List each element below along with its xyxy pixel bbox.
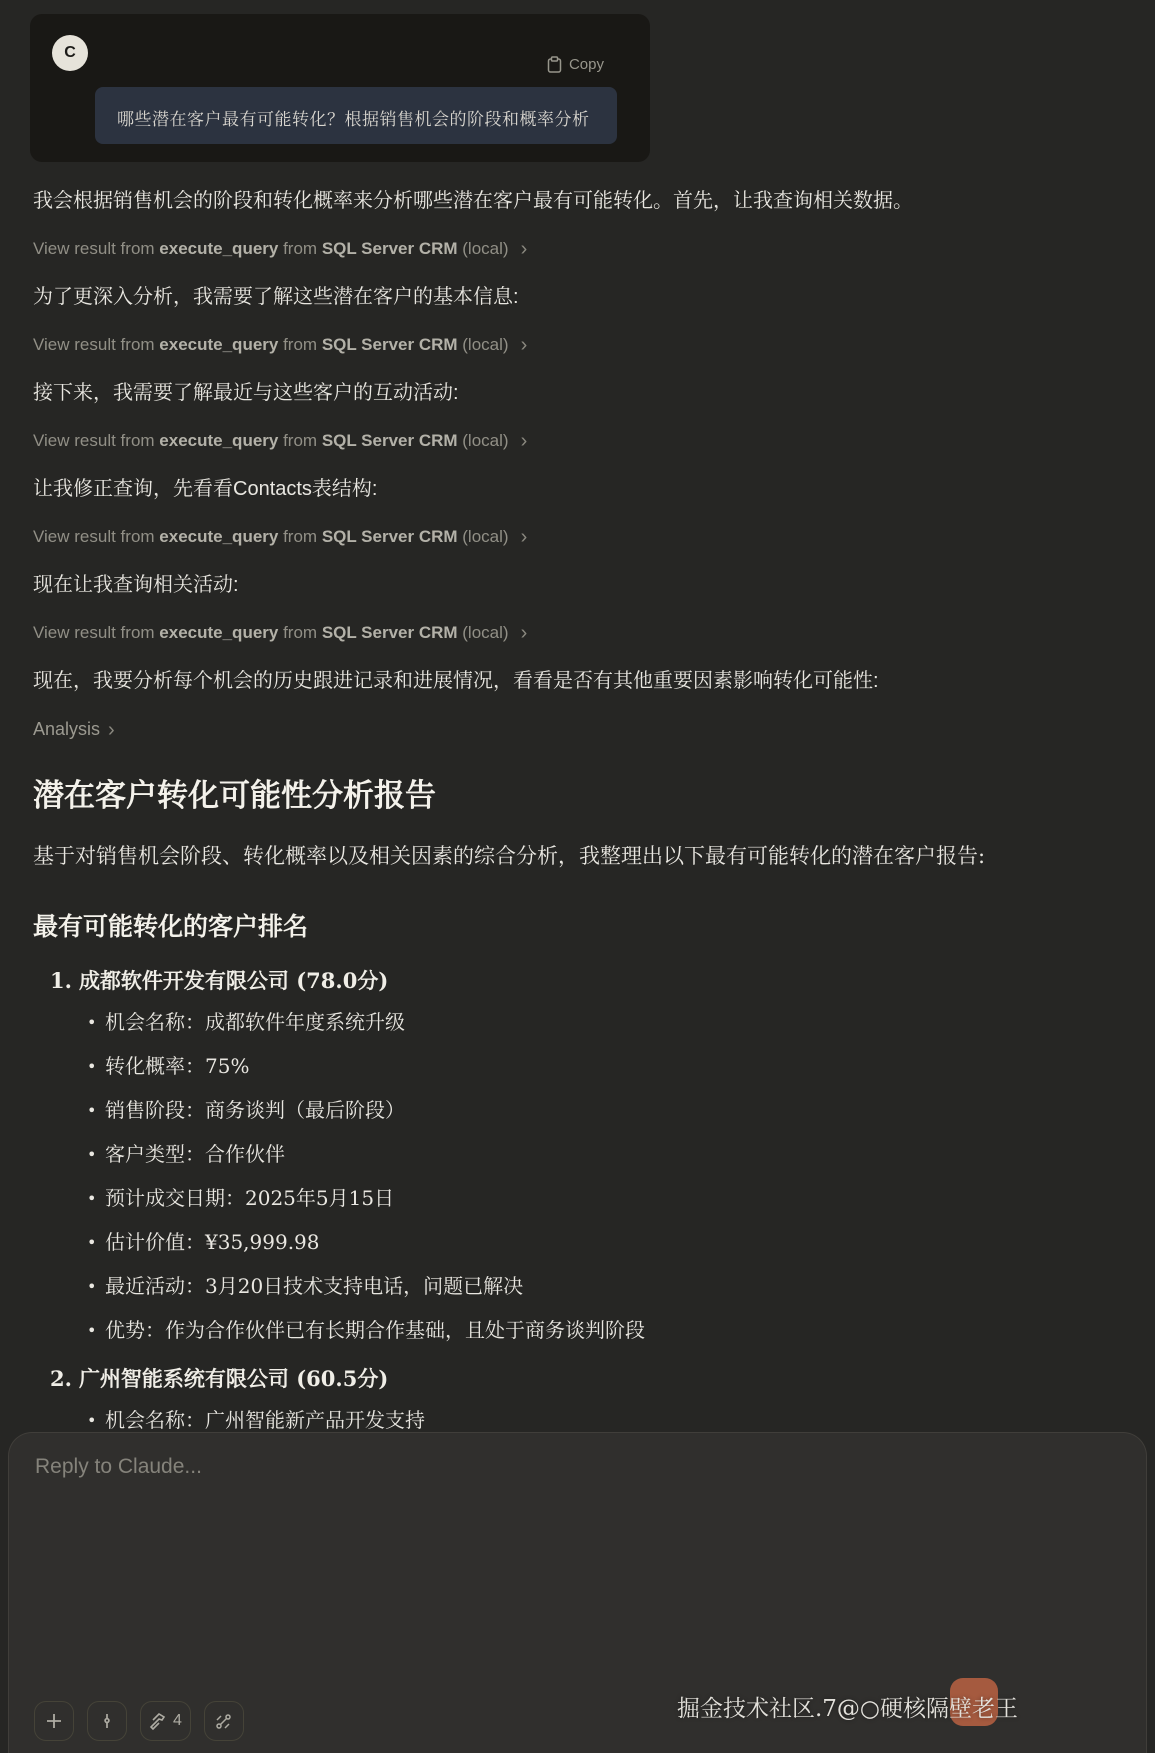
user-message-bubble: 哪些潜在客户最有可能转化？根据销售机会的阶段和概率分析 [95, 87, 617, 144]
tool-result-toggle[interactable]: View result from execute_query from SQL … [33, 431, 1125, 451]
assistant-response: 我会根据销售机会的阶段和转化概率来分析哪些潜在客户最有可能转化。首先，让我查询相… [33, 189, 1125, 1497]
sliders-icon [98, 1712, 116, 1730]
tool-result-toggle[interactable]: View result from execute_query from SQL … [33, 239, 1125, 259]
settings-button[interactable] [87, 1701, 127, 1741]
chevron-right-icon: › [521, 433, 528, 449]
customer-name: 1.成都软件开发有限公司 (78.0分) [50, 965, 1125, 995]
chevron-right-icon: › [521, 529, 528, 545]
tools-button[interactable]: 4 [140, 1701, 191, 1741]
report-intro: 基于对销售机会阶段、转化概率以及相关因素的综合分析，我整理出以下最有可能转化的潜… [33, 839, 1123, 873]
list-item: 客户类型：合作伙伴 [33, 1143, 1125, 1165]
copy-label: Copy [569, 56, 604, 73]
reply-input[interactable]: Reply to Claude... [35, 1455, 202, 1479]
chevron-right-icon: › [521, 337, 528, 353]
tool-result-toggle[interactable]: View result from execute_query from SQL … [33, 527, 1125, 547]
list-item: 机会名称：成都软件年度系统升级 [33, 1011, 1125, 1033]
list-item: 最近活动：3月20日技术支持电话，问题已解决 [33, 1275, 1125, 1297]
ranking-heading: 最有可能转化的客户排名 [33, 907, 1125, 943]
chevron-right-icon: › [108, 722, 115, 738]
chevron-right-icon: › [521, 625, 528, 641]
ranked-customer-item: 1.成都软件开发有限公司 (78.0分) 机会名称：成都软件年度系统升级 转化概… [33, 965, 1125, 1341]
list-item: 预计成交日期：2025年5月15日 [33, 1187, 1125, 1209]
assistant-paragraph: 我会根据销售机会的阶段和转化概率来分析哪些潜在客户最有可能转化。首先，让我查询相… [33, 189, 1125, 213]
list-item: 机会名称：广州智能新产品开发支持 [33, 1409, 1125, 1431]
composer-toolbar: 4 [34, 1701, 244, 1741]
tool-result-toggle[interactable]: View result from execute_query from SQL … [33, 623, 1125, 643]
list-item: 销售阶段：商务谈判（最后阶段） [33, 1099, 1125, 1121]
assistant-paragraph: 为了更深入分析，我需要了解这些潜在客户的基本信息: [33, 285, 1125, 309]
customer-detail-list: 机会名称：成都软件年度系统升级 转化概率：75% 销售阶段：商务谈判（最后阶段）… [33, 1011, 1125, 1341]
mcp-connector-button[interactable] [204, 1701, 244, 1741]
list-item: 估计价值：¥35,999.98 [33, 1231, 1125, 1253]
tools-count: 4 [173, 1712, 182, 1730]
customer-name: 2.广州智能系统有限公司 (60.5分) [50, 1363, 1125, 1393]
chat-page: C Copy 哪些潜在客户最有可能转化？根据销售机会的阶段和概率分析 我会根据销… [0, 0, 1155, 1753]
hammer-icon [149, 1712, 168, 1731]
user-avatar: C [52, 35, 88, 71]
analysis-report: 潜在客户转化可能性分析报告 基于对销售机会阶段、转化概率以及相关因素的综合分析，… [33, 770, 1125, 1475]
assistant-paragraph: 现在，我要分析每个机会的历史跟进记录和进展情况，看看是否有其他重要因素影响转化可… [33, 669, 1125, 693]
analysis-toggle[interactable]: Analysis › [33, 719, 1125, 740]
copy-button[interactable]: Copy [547, 56, 604, 73]
attach-button[interactable] [34, 1701, 74, 1741]
connector-icon [214, 1712, 233, 1731]
tool-result-toggle[interactable]: View result from execute_query from SQL … [33, 335, 1125, 355]
user-message-card: C Copy 哪些潜在客户最有可能转化？根据销售机会的阶段和概率分析 [30, 14, 650, 162]
assistant-paragraph: 让我修正查询，先看看Contacts表结构: [33, 477, 1125, 501]
list-item: 优势：作为合作伙伴已有长期合作基础，且处于商务谈判阶段 [33, 1319, 1125, 1341]
watermark-text: 掘金技术社区.7@○硬核隔壁老王 [677, 1690, 1018, 1723]
chevron-right-icon: › [521, 241, 528, 257]
list-item: 转化概率：75% [33, 1055, 1125, 1077]
clipboard-icon [547, 56, 562, 73]
assistant-paragraph: 接下来，我需要了解最近与这些客户的互动活动: [33, 381, 1125, 405]
report-title: 潜在客户转化可能性分析报告 [33, 770, 1125, 815]
assistant-paragraph: 现在让我查询相关活动: [33, 573, 1125, 597]
plus-icon [45, 1712, 63, 1730]
